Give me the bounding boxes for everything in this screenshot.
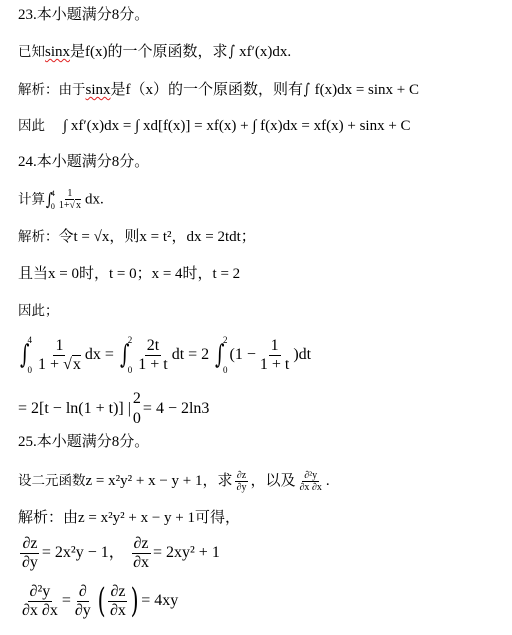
problem-24-statement: 计算∫4011+√xdx.	[18, 188, 104, 211]
partial-fraction-2: ∂²y∂x ∂x	[297, 470, 323, 493]
problem-25-partials-line: ∂z∂y= 2x²y − 1， ∂z∂x= 2xy² + 1	[18, 533, 220, 573]
statement-prefix: 计算	[18, 192, 45, 208]
fraction-3: 11 + t	[258, 337, 291, 373]
problem-23-header: 23.本小题满分8分。	[18, 6, 149, 24]
partial-z-x: ∂z∂x	[131, 535, 151, 571]
result-left: = 2[t − ln(1 + t)] |	[18, 400, 131, 417]
problem-25-statement: 设二元函数z = x²y² + x − y + 1，求∂z∂y，以及∂²y∂x …	[18, 466, 330, 496]
problem-23-solution-line1: 解析：由于sinx是f（x）的一个原函数，则有∫ f(x)dx = sinx +…	[18, 80, 419, 99]
header-text: 23.本小题满分8分。	[18, 7, 149, 23]
problem-23-solution-line2: 因此∫ xf′(x)dx = ∫ xd[f(x)] = xf(x) + ∫ f(…	[18, 117, 411, 135]
den-part: 1 +	[38, 356, 63, 373]
inner-partial: ∂z∂x	[108, 583, 128, 619]
fraction-1: 11 + √x	[36, 337, 83, 373]
numerator: ∂z	[235, 470, 248, 482]
radicand: x	[72, 355, 81, 373]
denominator: ∂y	[73, 602, 93, 620]
statement-prefix: 设二元函数	[18, 473, 86, 489]
solution-prefix: 因此	[18, 118, 45, 134]
partial-rhs: = 2xy² + 1	[153, 544, 220, 561]
solution-text: 是f（x）的一个原函数，则有	[111, 82, 304, 98]
evaluation-limits: 20	[133, 389, 141, 429]
left-paren: (	[97, 584, 105, 618]
solution-expr: f(x)dx = sinx + C	[311, 82, 419, 98]
integral-sign: ∫	[20, 334, 29, 376]
expr-part: (1 −	[230, 346, 256, 363]
denominator: ∂y	[235, 482, 249, 493]
solution-text: 因此；	[18, 303, 59, 319]
integral-sign: ∫	[46, 191, 53, 209]
statement-prefix: 已知	[18, 44, 45, 60]
denominator: ∂x	[108, 602, 128, 620]
result: = 4xy	[141, 592, 178, 609]
partial-fraction-1: ∂z∂y	[235, 470, 249, 493]
numerator: ∂²y	[302, 470, 319, 482]
numerator: 1	[65, 188, 74, 200]
expr-part: dt = 2	[172, 346, 209, 363]
statement-expr: z = x²y² + x − y + 1，求	[86, 473, 233, 489]
integral-sign: ∫	[228, 42, 234, 60]
sqrt-sign: √	[63, 356, 72, 373]
numerator: ∂	[77, 583, 89, 602]
operator-d-dy: ∂∂y	[73, 583, 93, 619]
statement-suffix: .	[326, 473, 330, 489]
statement-mid: ，以及	[250, 473, 295, 489]
fraction-2: 2t1 + t	[136, 337, 169, 373]
lower-limit: 0	[133, 409, 141, 429]
partial-rhs: = 2x²y − 1，	[42, 544, 125, 561]
solution-label: 解析：	[18, 229, 59, 245]
solution-text: 且当x = 0时，t = 0；x = 4时，t = 2	[18, 266, 240, 282]
result-right: = 4 − 2ln3	[143, 400, 210, 417]
header-text: 24.本小题满分8分。	[18, 154, 149, 170]
denominator: 1 + √x	[36, 356, 83, 374]
sinx-term: sinx	[45, 44, 70, 60]
sinx-term: sinx	[86, 82, 111, 98]
denominator: 1 + t	[136, 356, 169, 374]
problem-25-header: 25.本小题满分8分。	[18, 433, 149, 451]
expr-part: )dt	[293, 346, 311, 363]
radicand: x	[75, 199, 81, 211]
solution-text: 令t = √x，则x = t²，dx = 2tdt；	[59, 229, 256, 245]
upper-limit: 2	[133, 389, 141, 409]
equals: =	[62, 592, 71, 609]
solution-expr: ∫ xf′(x)dx = ∫ xd[f(x)] = xf(x) + ∫ f(x)…	[63, 118, 411, 134]
expr-part: dx =	[85, 346, 114, 363]
solution-text: 由于	[59, 82, 86, 98]
problem-23-statement: 已知sinx是f(x)的一个原函数，求∫ xf′(x)dx.	[18, 42, 291, 61]
numerator: ∂z	[132, 535, 151, 554]
small-fraction: 11+√x	[57, 188, 83, 211]
statement-expr: xf′(x)dx.	[235, 44, 291, 60]
second-partial: ∂²y∂x ∂x	[20, 583, 60, 619]
problem-25-solution-line1: 解析：由z = x²y² + x − y + 1可得，	[18, 509, 240, 527]
numerator: 1	[53, 337, 65, 356]
statement-mid: 是f(x)的一个原函数，求	[70, 44, 228, 60]
solution-text: 解析：由z = x²y² + x − y + 1可得，	[18, 510, 240, 526]
numerator: ∂z	[20, 535, 39, 554]
problem-24-big-equation: ∫4011 + √xdx = ∫202t1 + tdt = 2 ∫20(1 −1…	[18, 334, 311, 376]
problem-25-second-derivative-line: ∂²y∂x ∂x=∂∂y(∂z∂x)= 4xy	[18, 580, 178, 622]
partial-z-y: ∂z∂y	[20, 535, 40, 571]
den-part: 1+	[59, 200, 70, 211]
denominator: 1 + t	[258, 356, 291, 374]
numerator: 1	[269, 337, 281, 356]
problem-24-solution-line3: 因此；	[18, 302, 59, 320]
denominator: ∂x ∂x	[20, 602, 60, 620]
numerator: ∂²y	[28, 583, 53, 602]
right-paren: )	[131, 584, 139, 618]
denominator: ∂x	[131, 554, 151, 572]
integral-sign: ∫	[304, 80, 310, 98]
integral-sign: ∫	[120, 334, 129, 376]
denominator: ∂x ∂x	[297, 482, 323, 493]
integral-sign: ∫	[216, 334, 225, 376]
numerator: 2t	[145, 337, 161, 356]
problem-24-solution-line1: 解析：令t = √x，则x = t²，dx = 2tdt；	[18, 228, 256, 246]
problem-24-header: 24.本小题满分8分。	[18, 153, 149, 171]
denominator: ∂y	[20, 554, 40, 572]
denominator: 1+√x	[57, 200, 83, 211]
numerator: ∂z	[108, 583, 127, 602]
statement-suffix: dx.	[85, 192, 104, 208]
header-text: 25.本小题满分8分。	[18, 434, 149, 450]
problem-24-solution-line2: 且当x = 0时，t = 0；x = 4时，t = 2	[18, 265, 240, 283]
problem-24-result-line: = 2[t − ln(1 + t)] |20= 4 − 2ln3	[18, 388, 209, 430]
solution-label: 解析：	[18, 82, 59, 98]
